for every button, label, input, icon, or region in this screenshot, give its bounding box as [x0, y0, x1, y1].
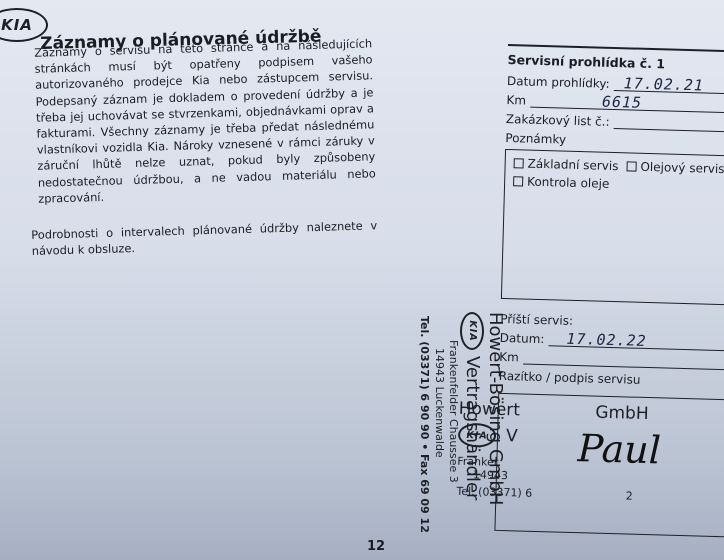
signature: Paul [577, 426, 661, 472]
vertical-contact: Tel. (03371) 6 90 90 • Fax 69 09 12 [416, 312, 432, 533]
page-number: 12 [367, 539, 385, 554]
vertical-company-name: Howert-Bösing GmbH [484, 312, 506, 505]
vertical-city: 14943 Luckenwalde [432, 312, 446, 533]
next-date-label: Datum: [500, 331, 545, 346]
stamp-box: Howert GmbH KIA V Franker 14943 Tel. (03… [494, 393, 724, 538]
vertical-dealer-label: Vertragshändler [461, 356, 483, 500]
intro-text-block: Záznamy o servisu na této stránce a na n… [26, 35, 378, 259]
km-label: Km [506, 93, 526, 108]
basic-service-label: Základní servis [527, 157, 618, 174]
checkbox-oil-service[interactable] [626, 161, 636, 171]
vertical-street: Frankenfelder Chaussee 3 [446, 312, 460, 533]
stamp-line2: V [506, 426, 518, 446]
vertical-dealer-stamp: Howert-Bösing GmbH KIA Vertragshändler F… [416, 312, 506, 533]
stamp-signature-label: Razítko / podpis servisu [499, 369, 641, 387]
checkbox-basic-service[interactable] [514, 158, 524, 168]
notes-label: Poznámky [505, 131, 566, 147]
intro-paragraph: Záznamy o servisu na této stránce a na n… [26, 35, 376, 207]
form-top-rule [508, 44, 724, 53]
checkbox-oil-check[interactable] [513, 176, 523, 186]
oil-check-label: Kontrola oleje [527, 175, 610, 191]
stamp-line1-end: GmbH [595, 403, 649, 424]
oil-service-label: Olejový servis [640, 160, 724, 176]
vertical-kia-logo-icon: KIA [460, 312, 484, 350]
stamp-line5-end: 2 [625, 489, 632, 502]
service-record-form: Servisní prohlídka č. 1 Datum prohlídky:… [494, 44, 724, 538]
notes-box[interactable]: Základní servis Olejový servis Kontrola … [501, 149, 724, 306]
interval-note: Podrobnosti o intervalech plánované údrž… [31, 217, 378, 259]
